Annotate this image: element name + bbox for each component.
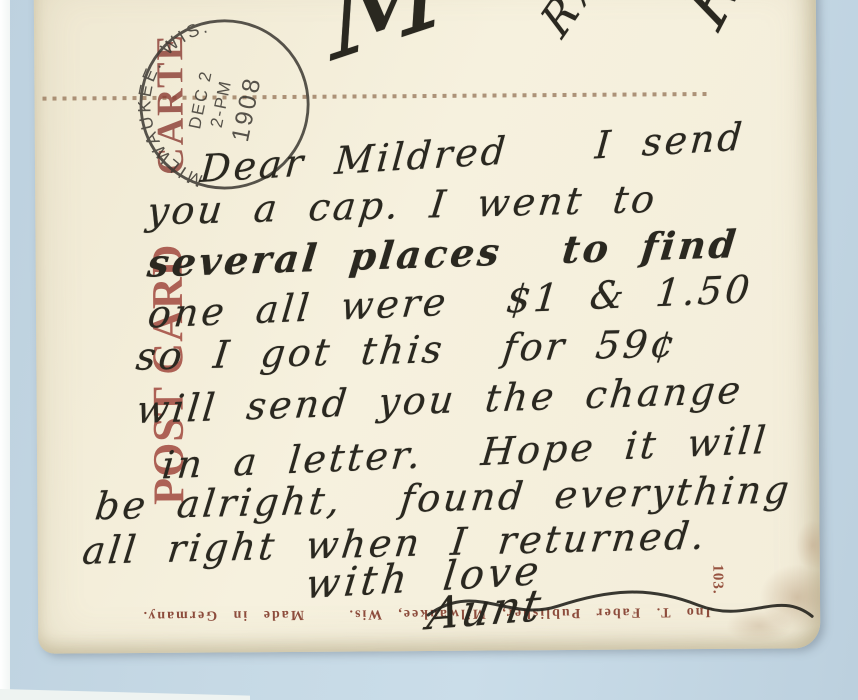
address-city-handwriting: Ra bbox=[668, 0, 773, 42]
signature-flourish bbox=[416, 570, 820, 635]
postcard: CARTE POST CARD MILWAUKEE. WIS. DEC 2 2-… bbox=[34, 0, 821, 654]
address-route-handwriting: R72 bbox=[532, 0, 621, 48]
photo-white-edge-left bbox=[0, 0, 10, 700]
postcard-photo-background: CARTE POST CARD MILWAUKEE. WIS. DEC 2 2-… bbox=[0, 0, 858, 700]
stain bbox=[795, 520, 820, 570]
address-initial-handwriting: M bbox=[319, 0, 451, 90]
photo-white-edge-bottom bbox=[0, 689, 250, 700]
